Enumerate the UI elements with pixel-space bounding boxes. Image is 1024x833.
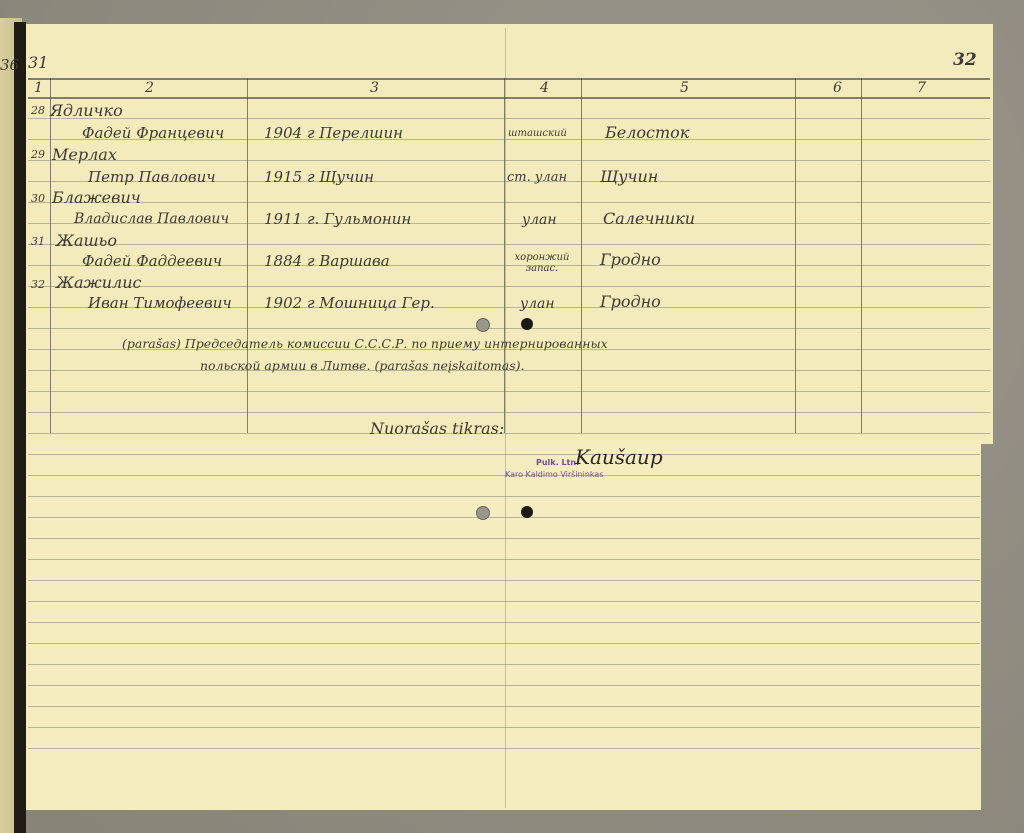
punch-hole: [476, 318, 490, 332]
ledger-sheet-upper: [26, 24, 993, 444]
birth-year-place: 1902 г Мошница Гер.: [264, 294, 435, 312]
ruled-line: [28, 580, 980, 581]
birth-year-place: 1911 г. Гульмонин: [264, 210, 411, 228]
rank: ст. улан: [507, 170, 567, 185]
column-divider: [581, 78, 582, 433]
ruled-line: [28, 559, 980, 560]
ruled-line: [28, 622, 980, 623]
surname: Мерлах: [52, 145, 117, 164]
birth-year-place: 1915 г Щучин: [264, 168, 374, 186]
rank: хоронжий запас.: [506, 252, 578, 274]
ruled-line: [28, 538, 980, 539]
given-name: Иван Тимофеевич: [88, 294, 232, 312]
ruled-line: [28, 328, 990, 329]
stamp-rank: Pulk. Ltn.: [536, 458, 579, 467]
sheet-number-right: 32: [953, 50, 977, 70]
ruled-line: [28, 748, 980, 749]
ruled-line: [28, 496, 980, 497]
ruled-line: [28, 202, 990, 203]
ruled-line: [28, 244, 990, 245]
page-fold: [505, 28, 506, 808]
commission-note-line1: (parašas) Председатель комиссии С.С.С.Р.…: [122, 336, 608, 351]
column-header-3: 3: [370, 80, 379, 96]
left-page-number: 36: [0, 56, 19, 74]
residence: Белосток: [605, 123, 689, 142]
ruled-line: [28, 664, 980, 665]
ruled-line: [28, 412, 990, 413]
column-header-4: 4: [540, 80, 549, 96]
rank: шташский: [508, 128, 567, 139]
column-divider: [50, 78, 51, 433]
residence: Гродно: [600, 250, 661, 269]
row-number: 28: [31, 104, 45, 117]
surname: Ядличко: [50, 101, 123, 120]
residence: Щучин: [600, 167, 658, 186]
given-name: Владислав Павлович: [74, 211, 229, 227]
birth-year-place: 1884 г Варшава: [264, 252, 390, 270]
header-bottom-rule: [28, 97, 990, 99]
sheet-number-left: 31: [28, 53, 48, 72]
stamp-title: Karo Kaldimo Viršininkas: [505, 470, 603, 479]
ruled-line: [28, 391, 990, 392]
column-header-2: 2: [145, 80, 154, 96]
punch-hole: [476, 506, 490, 520]
table-top-rule: [28, 78, 990, 80]
commission-note-line2: польской армии в Литве. (parašas neįskai…: [200, 358, 524, 373]
rank: улан: [522, 212, 557, 228]
column-header-5: 5: [680, 80, 689, 96]
column-divider: [247, 78, 248, 433]
certified-copy-label: Nuorašas tikras:: [370, 419, 504, 438]
ruled-line: [28, 286, 990, 287]
ruled-line: [28, 475, 980, 476]
column-header-6: 6: [833, 80, 842, 96]
column-header-7: 7: [917, 80, 926, 96]
row-number: 31: [31, 235, 45, 248]
rank: улан: [520, 296, 555, 312]
given-name: Фадей Францевич: [82, 124, 224, 142]
ruled-line: [28, 160, 990, 161]
ruled-line: [28, 601, 980, 602]
given-name: Фадей Фаддеевич: [82, 252, 222, 270]
surname: Блажевич: [52, 188, 141, 207]
punch-hole: [521, 506, 533, 518]
punch-hole: [521, 318, 533, 330]
row-number: 29: [31, 148, 45, 161]
residence: Гродно: [600, 292, 661, 311]
column-divider: [795, 78, 796, 433]
ruled-line: [28, 685, 980, 686]
surname: Жашьо: [56, 231, 117, 250]
signature: Kaušaup: [575, 445, 663, 469]
row-number: 30: [31, 192, 45, 205]
ruled-line: [28, 643, 980, 644]
column-divider: [861, 78, 862, 433]
ruled-line: [28, 706, 980, 707]
row-number: 32: [31, 278, 45, 291]
birth-year-place: 1904 г Перелшин: [264, 124, 403, 142]
ruled-line: [28, 517, 980, 518]
given-name: Петр Павлович: [88, 168, 216, 186]
column-divider: [504, 78, 505, 433]
surname: Жажилис: [56, 273, 141, 292]
book-binding: [14, 22, 26, 833]
residence: Салечники: [603, 209, 695, 228]
ruled-line: [28, 433, 990, 434]
ruled-line: [28, 454, 980, 455]
column-header-1: 1: [34, 80, 43, 96]
ruled-line: [28, 118, 990, 119]
ruled-line: [28, 727, 980, 728]
